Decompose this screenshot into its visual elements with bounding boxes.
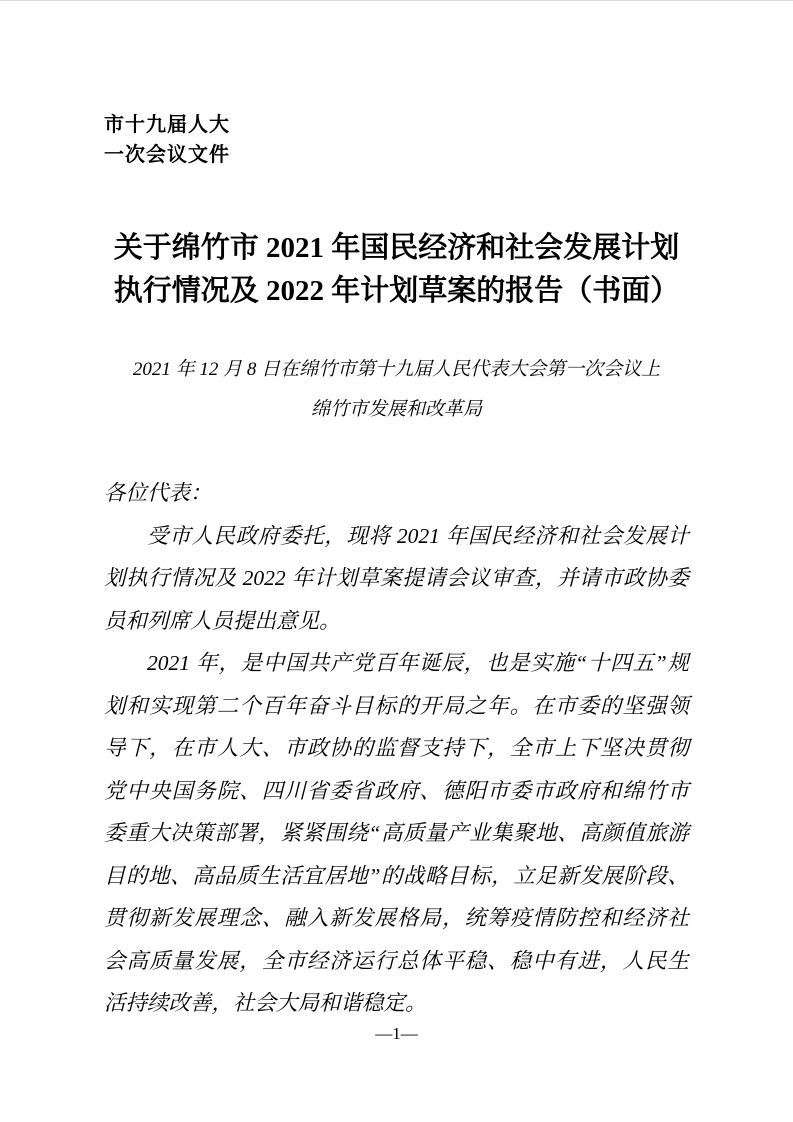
report-title: 关于绵竹市 2021 年国民经济和社会发展计划 执行情况及 2022 年计划草案… — [0, 227, 793, 313]
body-line: 委重大决策部署，紧紧围绕“高质量产业集聚地、高颜值旅游 — [104, 812, 689, 855]
page-edge-line — [0, 0, 793, 1]
body-line: 划和实现第二个百年奋斗目标的开局之年。在市委的坚强领 — [104, 685, 689, 728]
meeting-doc-label: 市十九届人大 一次会议文件 — [104, 110, 230, 170]
body-line: 2021 年，是中国共产党百年诞辰，也是实施“十四五”规 — [104, 642, 689, 685]
meeting-doc-label-line2: 一次会议文件 — [104, 140, 230, 170]
body-line: 导下，在市人大、市政协的监督支持下，全市上下坚决贯彻 — [104, 727, 689, 770]
body-line: 员和列席人员提出意见。 — [104, 600, 689, 643]
body-line: 贯彻新发展理念、融入新发展格局，统筹疫情防控和经济社 — [104, 897, 689, 940]
salutation-line: 各位代表： — [104, 472, 689, 515]
meeting-doc-label-line1: 市十九届人大 — [104, 110, 230, 140]
report-title-line1: 关于绵竹市 2021 年国民经济和社会发展计划 — [0, 227, 793, 270]
body-line: 目的地、高品质生活宜居地”的战略目标，立足新发展阶段、 — [104, 855, 689, 898]
report-subtitle: 2021 年 12 月 8 日在绵竹市第十九届人民代表大会第一次会议上 绵竹市发… — [0, 350, 793, 430]
report-title-line2: 执行情况及 2022 年计划草案的报告（书面） — [0, 270, 793, 313]
subtitle-date-line: 2021 年 12 月 8 日在绵竹市第十九届人民代表大会第一次会议上 — [0, 350, 793, 390]
page-number: —1— — [0, 1024, 793, 1044]
body-line: 受市人民政府委托，现将 2021 年国民经济和社会发展计 — [104, 515, 689, 558]
body-text: 各位代表： 受市人民政府委托，现将 2021 年国民经济和社会发展计 划执行情况… — [104, 472, 689, 1025]
body-line: 活持续改善，社会大局和谐稳定。 — [104, 982, 689, 1025]
subtitle-author-line: 绵竹市发展和改革局 — [0, 390, 793, 430]
document-page: 市十九届人大 一次会议文件 关于绵竹市 2021 年国民经济和社会发展计划 执行… — [0, 0, 793, 1122]
body-line: 会高质量发展，全市经济运行总体平稳、稳中有进，人民生 — [104, 940, 689, 983]
body-line: 划执行情况及 2022 年计划草案提请会议审查，并请市政协委 — [104, 557, 689, 600]
body-line: 党中央国务院、四川省委省政府、德阳市委市政府和绵竹市 — [104, 770, 689, 813]
